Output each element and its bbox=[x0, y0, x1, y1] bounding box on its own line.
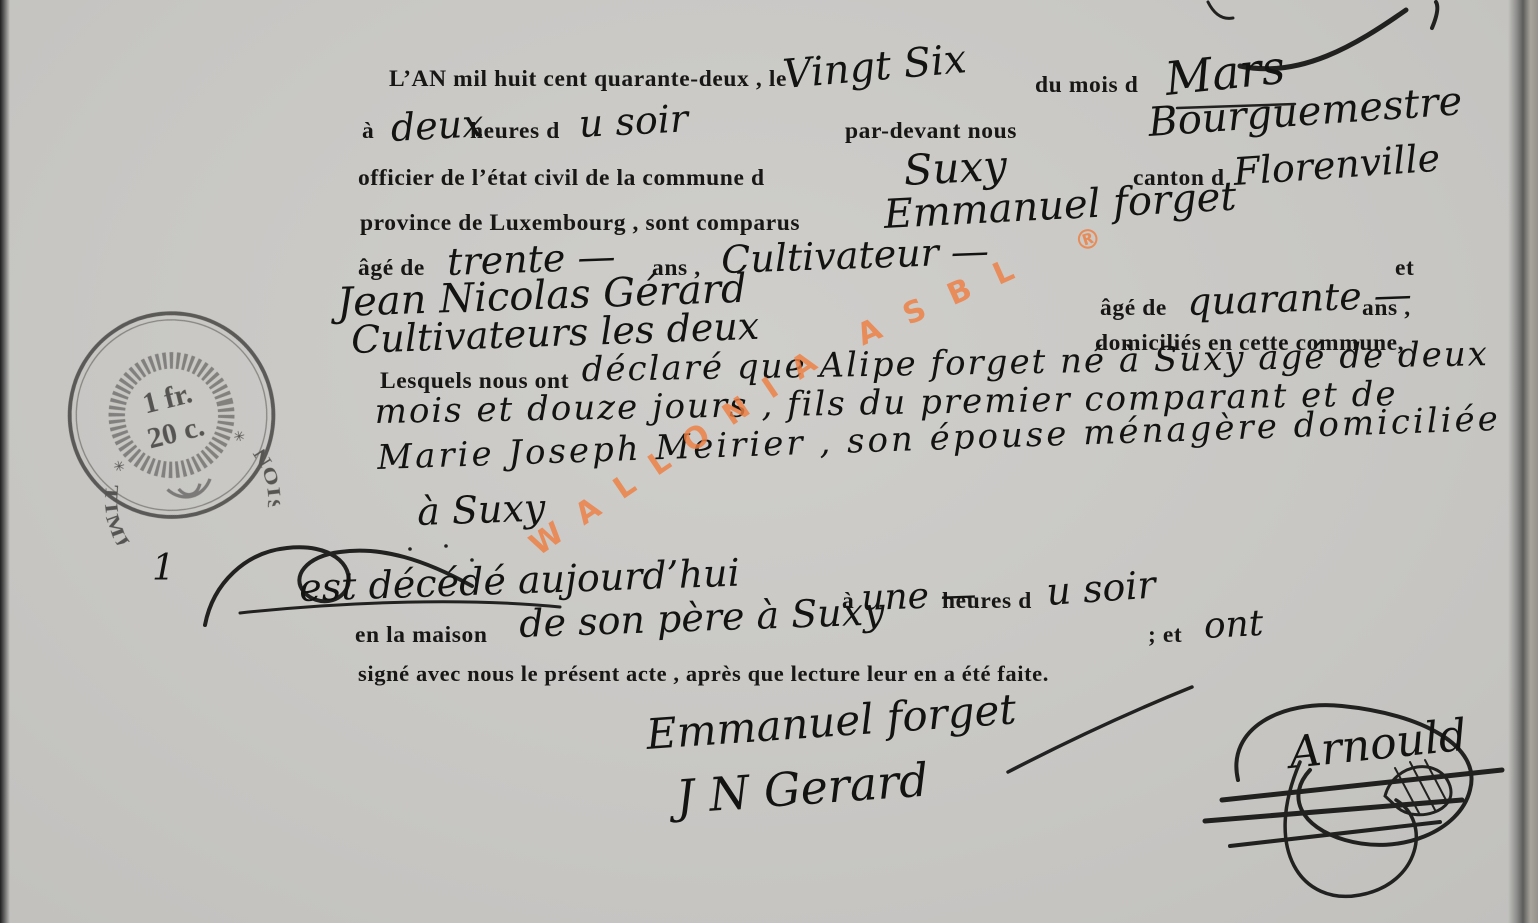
hw-signed-word: ont bbox=[1203, 603, 1264, 647]
printed-closing-line: signé avec nous le présent acte , après … bbox=[358, 661, 1049, 687]
hw-time-of-day-1: u soir bbox=[578, 96, 689, 146]
document-scan: L’AN mil huit cent quarante-deux , le du… bbox=[0, 0, 1538, 923]
hw-time-of-day-2: u soir bbox=[1045, 562, 1157, 614]
stroke-signature-area bbox=[1008, 687, 1192, 772]
printed-age2-label: âgé de bbox=[1100, 295, 1167, 322]
hw-margin-number: 1 bbox=[152, 548, 175, 589]
scan-edge-right bbox=[1508, 0, 1538, 923]
signature-declarant-2: J N Gerard bbox=[674, 752, 930, 824]
revenue-stamp: TIMBRE DE DIMENSION 1 fr. 20 c. ✳ ✳ bbox=[32, 274, 311, 553]
watermark-registered-icon: ® bbox=[1070, 221, 1105, 259]
hw-canton: Florenville bbox=[1232, 136, 1442, 194]
signature-declarant-1: Emmanuel forget bbox=[645, 684, 1018, 759]
printed-officer-line: officier de l’état civil de la commune d bbox=[358, 165, 765, 192]
scan-edge-left bbox=[0, 0, 10, 923]
printed-semicolon-et: ; et bbox=[1148, 622, 1182, 649]
stamp-wreath bbox=[105, 349, 238, 482]
hw-occupation-1: Cultivateur — bbox=[720, 229, 989, 282]
hw-age-2: quarante — bbox=[1186, 272, 1412, 324]
hw-hour-1: deux bbox=[390, 101, 485, 150]
printed-house-label: en la maison bbox=[355, 622, 488, 649]
stamp-star-left: ✳ bbox=[112, 458, 127, 476]
printed-province-line: province de Luxembourg , sont comparus bbox=[360, 210, 800, 237]
signature-mayor: Arnould bbox=[1287, 710, 1470, 779]
revenue-stamp-graphic: TIMBRE DE DIMENSION 1 fr. 20 c. ✳ ✳ bbox=[32, 274, 311, 553]
hw-body-line-4: à Suxy bbox=[416, 486, 546, 534]
printed-year-line: L’AN mil huit cent quarante-deux , le bbox=[389, 66, 787, 93]
printed-at-label: à bbox=[362, 118, 374, 145]
printed-month-label: du mois d bbox=[1035, 72, 1138, 99]
stamp-bow bbox=[167, 479, 212, 502]
hw-day: Vingt Six bbox=[781, 36, 968, 98]
stamp-star-right: ✳ bbox=[232, 428, 247, 446]
